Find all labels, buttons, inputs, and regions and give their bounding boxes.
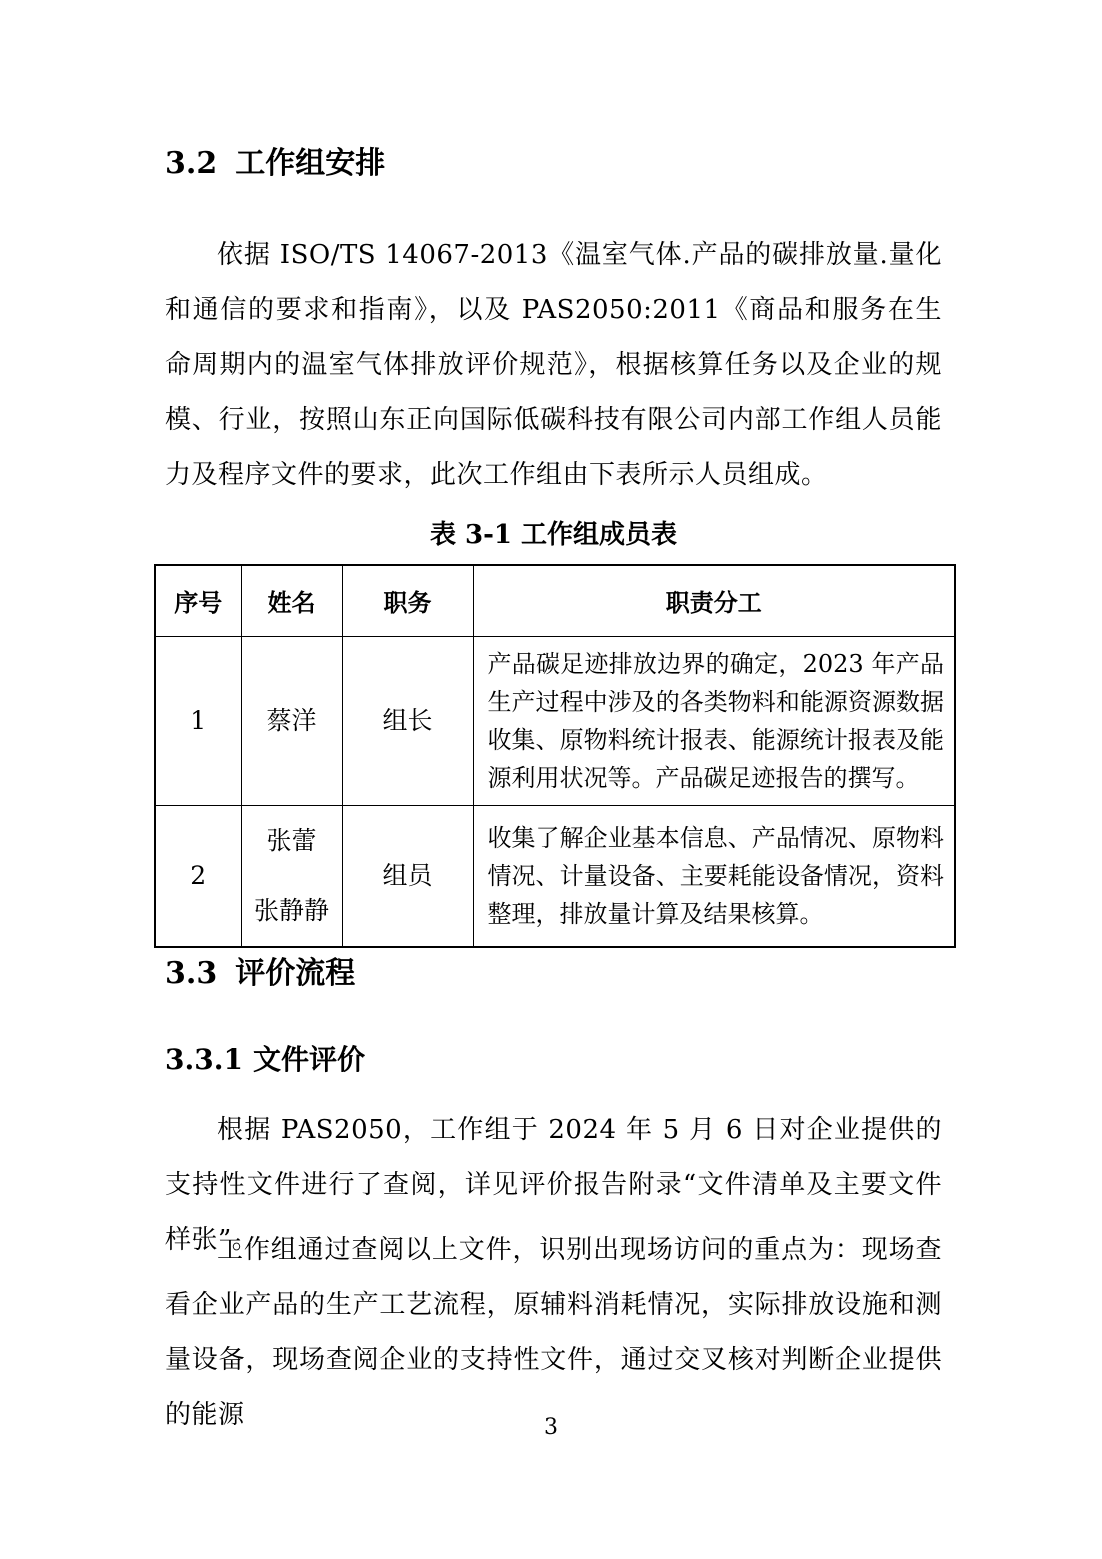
section-title: 工作组安排 (235, 146, 385, 181)
cell-no: 2 (155, 805, 241, 947)
section-number: 3.3 (165, 956, 217, 991)
cell-duty: 收集了解企业基本信息、产品情况、原物料情况、计量设备、主要耗能设备情况，资料整理… (473, 805, 955, 947)
document-review-paragraph-2: 工作组通过查阅以上文件，识别出现场访问的重点为：现场查看企业产品的生产工艺流程，… (165, 1223, 942, 1443)
cell-no: 1 (155, 636, 241, 805)
header-cell-name: 姓名 (241, 565, 342, 636)
cell-name: 蔡洋 (241, 636, 342, 805)
header-cell-no: 序号 (155, 565, 241, 636)
section-title: 评价流程 (235, 956, 355, 991)
members-table: 序号 姓名 职务 职责分工 1 蔡洋 组长 产品碳足迹排放边界的确定，2023 … (154, 564, 956, 948)
page-number: 3 (0, 1415, 1102, 1440)
header-cell-role: 职务 (342, 565, 473, 636)
section-heading-3-2: 3.2工作组安排 (165, 138, 385, 182)
section-heading-3-3: 3.3评价流程 (165, 948, 355, 992)
section-heading-3-3-1: 3.3.1文件评价 (165, 1038, 365, 1078)
intro-paragraph: 依据 ISO/TS 14067-2013《温室气体.产品的碳排放量.量化和通信的… (165, 228, 942, 503)
cell-name: 张蕾 张静静 (241, 805, 342, 947)
document-page: 3.2工作组安排 依据 ISO/TS 14067-2013《温室气体.产品的碳排… (0, 0, 1102, 1559)
cell-role: 组长 (342, 636, 473, 805)
table-row: 2 张蕾 张静静 组员 收集了解企业基本信息、产品情况、原物料情况、计量设备、主… (155, 805, 955, 947)
table-header-row: 序号 姓名 职务 职责分工 (155, 565, 955, 636)
table-row: 1 蔡洋 组长 产品碳足迹排放边界的确定，2023 年产品生产过程中涉及的各类物… (155, 636, 955, 805)
table-caption: 表 3-1 工作组成员表 (165, 514, 942, 551)
header-cell-duty: 职责分工 (473, 565, 955, 636)
section-title: 文件评价 (253, 1043, 365, 1076)
cell-duty: 产品碳足迹排放边界的确定，2023 年产品生产过程中涉及的各类物料和能源资源数据… (473, 636, 955, 805)
section-number: 3.3.1 (165, 1043, 243, 1076)
cell-role: 组员 (342, 805, 473, 947)
section-number: 3.2 (165, 146, 217, 181)
